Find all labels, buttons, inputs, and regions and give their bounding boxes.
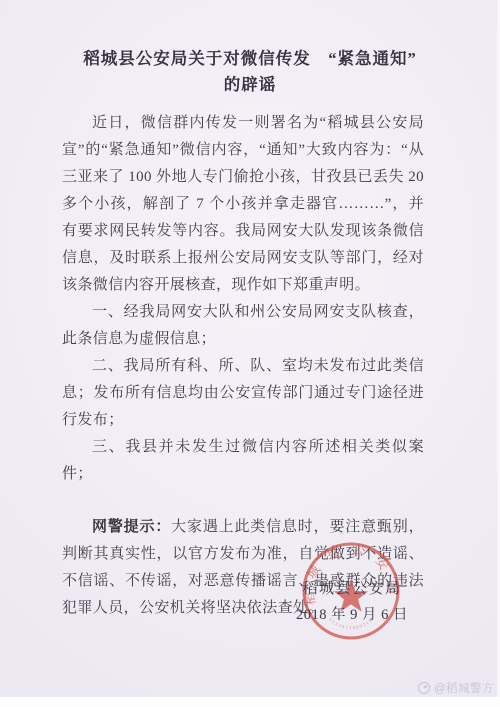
photo-edge-bottom — [0, 697, 500, 707]
title-line-1: 稻城县公安局关于对微信传发 “紧急通知” — [0, 46, 500, 72]
weibo-icon — [417, 681, 431, 695]
police-tip-label: 网警提示： — [92, 519, 171, 535]
signature-org: 稻城县公安局 — [296, 577, 408, 598]
document-title: 稻城县公安局关于对微信传发 “紧急通知” 的辟谣 — [0, 0, 500, 98]
paragraph-item-3: 三、我县并未发生过微信内容所述相关类似案件； — [62, 434, 424, 488]
signature-date: 2018 年 9 月 6 日 — [289, 603, 415, 624]
paragraph-item-1: 一、经我局网安大队和州公安局网安支队核查，此条信息为虚假信息； — [62, 299, 424, 353]
paragraph-intro: 近日，微信群内传发一则署名为“稻城县公安局宣”的“紧急通知”微信内容，“通知”大… — [62, 110, 424, 299]
watermark: @稻城警方 — [417, 680, 494, 696]
document-page: 稻城县公安局关于对微信传发 “紧急通知” 的辟谣 近日，微信群内传发一则署名为“… — [0, 0, 500, 707]
watermark-text: @稻城警方 — [434, 680, 494, 696]
paragraph-item-2: 二、我局所有科、所、队、室均未发布过此类信息；发布所有信息均由公安宣传部门通过专… — [62, 353, 424, 434]
title-line-2: 的辟谣 — [0, 72, 500, 98]
